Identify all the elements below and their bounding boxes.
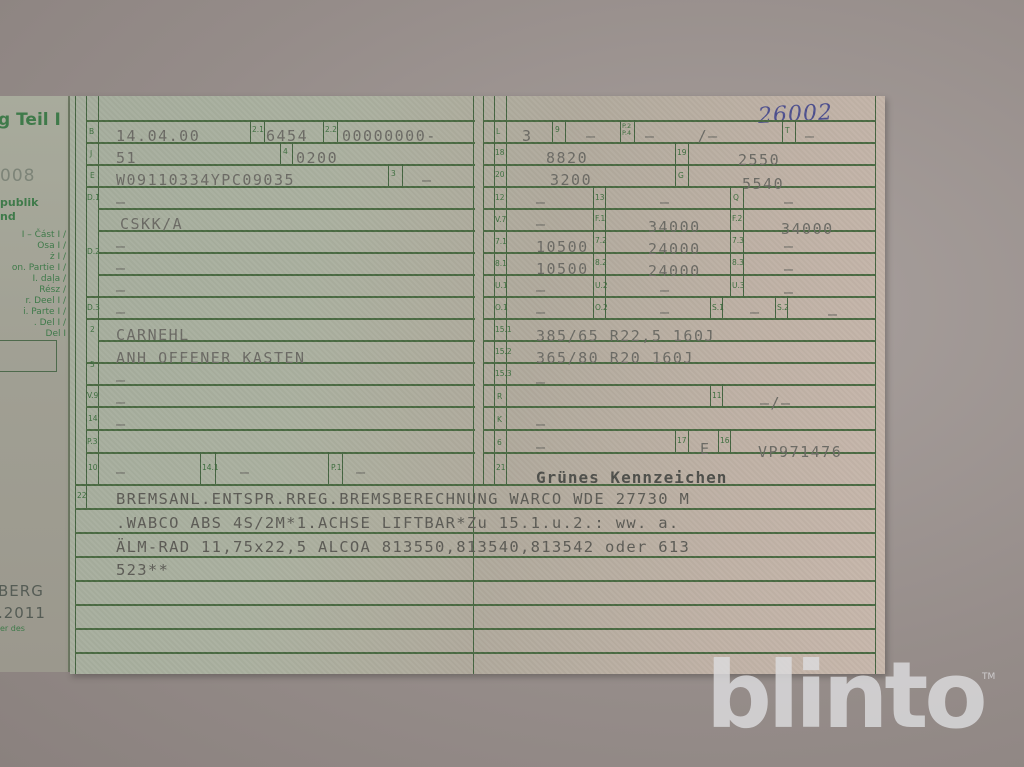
stub-country-line: nd	[0, 210, 16, 223]
field-label-14-1: 14.1	[202, 464, 219, 472]
field-vin: W09110334YPC09035	[116, 173, 295, 188]
field-colour-code: –/–	[760, 396, 792, 411]
field-body-type: 0200	[296, 151, 338, 166]
remarks-line-2: .WABCO ABS 4S/2M*1.ACHSE LIFTBAR*Zu 15.1…	[116, 516, 679, 532]
field-axle-load-reg-2: 24000	[648, 264, 701, 279]
field-noise-rpm: –	[660, 283, 671, 298]
field-label-21: 21	[496, 464, 506, 472]
field-empty-mass: 5540	[742, 177, 784, 192]
field-label-L: L	[496, 128, 500, 136]
field-label-19: 19	[677, 149, 687, 157]
field-label-14: 14	[88, 415, 98, 423]
field-label-15-2: 15.2	[495, 348, 512, 356]
stub-part: . Del I /	[34, 318, 66, 328]
field-trade-name: –	[116, 305, 127, 320]
trademark-mark: TM	[982, 672, 995, 682]
field-emission-key: –	[116, 465, 127, 480]
field-power-weight-ratio: –	[784, 195, 795, 210]
field-tyres-axle-3: –	[536, 375, 547, 390]
field-emission-class: –	[116, 395, 127, 410]
margin-line	[75, 96, 76, 674]
field-operating-permit-code: E	[700, 442, 711, 457]
blinto-watermark-logo: blinto	[706, 650, 984, 742]
field-towed-braked: –	[536, 305, 547, 320]
field-label-U1: U.1	[495, 282, 508, 290]
field-certificate-number: VP971476	[758, 445, 842, 460]
field-label-V7: V.7	[495, 216, 506, 224]
field-noise-standing: –	[536, 283, 547, 298]
registration-document: 26002 B 14.04.00 2.1	[70, 96, 885, 674]
field-manufacturer: CARNEHL	[116, 328, 190, 343]
stub-part: Osa I /	[37, 241, 66, 251]
field-length: 8820	[546, 151, 588, 166]
field-label-K: K	[497, 416, 502, 424]
field-max-permissible-mass: 34000	[648, 220, 701, 235]
right-label-column-line	[506, 96, 507, 486]
field-label-T: T	[785, 127, 790, 135]
field-type-code: 00000000-	[342, 129, 437, 144]
field-tank-volume: –	[536, 195, 547, 210]
field-check-digit: –	[422, 173, 433, 188]
field-label-J: J	[90, 150, 92, 158]
stub-box	[0, 340, 57, 372]
field-axle-load-reg-1: 10500	[536, 262, 589, 277]
stub-part: r. Deel I /	[25, 296, 66, 306]
field-label-13: 13	[595, 194, 605, 202]
field-label-V9: V.9	[87, 392, 98, 400]
stub-country-line: publik	[0, 196, 38, 209]
stub-city: BERG	[0, 582, 44, 600]
field-support-load: –	[660, 195, 671, 210]
document-stub-left: g Teil I 008 publik nd I – Část I / Osa …	[0, 96, 70, 672]
field-label-O1: O.1	[495, 304, 508, 312]
field-drive-axles: –	[586, 129, 597, 144]
field-max-speed: –	[805, 129, 816, 144]
field-label-9: 9	[555, 126, 560, 134]
field-label-3: 3	[391, 170, 396, 178]
field-vehicle-class: 51	[116, 151, 137, 166]
field-emission-key-2: –	[240, 465, 251, 480]
remarks-line-3: ÄLM-RAD 11,75x22,5 ALCOA 813550,813540,8…	[116, 540, 690, 556]
field-make: –	[116, 195, 127, 210]
field-label-10: 10	[88, 464, 98, 472]
field-permissible-mass-reg: 34000	[781, 222, 834, 237]
field-manufacturer-code: 6454	[266, 129, 308, 144]
field-label-P1: P.1	[331, 464, 342, 472]
field-label-F1: F.1	[595, 215, 605, 223]
field-label-R: R	[497, 393, 502, 401]
field-approval-date: –	[536, 440, 547, 455]
label-column-line	[98, 96, 99, 486]
stub-number: 008	[0, 166, 35, 186]
field-axle-load-reg-3: –	[784, 262, 795, 277]
field-tyres-axle-2: 365/80 R20 160J	[536, 351, 694, 366]
field-type-variant-2: –	[116, 261, 127, 276]
field-label-8-1: 8.1	[495, 260, 507, 268]
field-label-6: 6	[497, 439, 502, 447]
field-seats: –	[750, 305, 761, 320]
field-plate-type: Grünes Kennzeichen	[536, 468, 727, 487]
stub-title: g Teil I	[0, 110, 61, 130]
field-height: 3200	[550, 173, 592, 188]
field-axle-load-3: –	[784, 239, 795, 254]
field-vehicle-type-desc: ANH OFFENER KASTEN	[116, 351, 306, 366]
stub-part: Del I	[46, 329, 66, 339]
field-type-variant-3: –	[116, 283, 127, 298]
field-co2: –	[536, 217, 547, 232]
field-label-2: 2	[90, 326, 95, 334]
center-spine-line	[483, 96, 484, 486]
field-label-15-3: 15.3	[495, 370, 512, 378]
field-axle-load-1: 10500	[536, 240, 589, 255]
field-axle-load-2: 24000	[648, 242, 701, 257]
field-label-18: 18	[495, 149, 505, 157]
field-displacement: –	[356, 465, 367, 480]
stub-part: Rész /	[39, 285, 66, 295]
field-label-17: 17	[677, 437, 687, 445]
field-label-20: 20	[495, 171, 505, 179]
field-axles: 3	[522, 129, 533, 144]
stub-part: i. Parte I /	[23, 307, 66, 317]
field-label-2-2: 2.2	[325, 126, 337, 134]
field-label-F2: F.2	[732, 215, 742, 223]
remarks-line-4: 523**	[116, 563, 169, 579]
stub-date: .2011	[0, 604, 46, 622]
field-label-12: 12	[495, 194, 505, 202]
field-tyres-axle-1: 385/65 R22,5 160J	[536, 329, 715, 344]
field-vehicle-type-desc-2: –	[116, 373, 127, 388]
field-label-2-1: 2.1	[252, 126, 264, 134]
field-label-Q: Q	[733, 194, 739, 202]
field-label-E: E	[90, 172, 95, 180]
field-label-15-1: 15.1	[495, 326, 512, 334]
field-label-11: 11	[712, 392, 722, 400]
field-label-4: 4	[283, 148, 288, 156]
field-label-D3: D.3	[87, 304, 100, 312]
field-emission-code: –	[116, 417, 127, 432]
field-label-B: B	[89, 128, 94, 136]
field-label-P2P4: P.2 P.4	[622, 123, 631, 136]
field-label-P3: P.3	[87, 438, 98, 446]
field-type-variant: –	[116, 239, 127, 254]
field-label-22: 22	[77, 492, 87, 500]
remarks-line-1: BREMSANL.ENTSPR.RREG.BREMSBERECHNUNG WAR…	[116, 492, 690, 508]
stub-part: I. daļa /	[32, 274, 66, 284]
field-label-D1: D.1	[87, 194, 100, 202]
field-noise-driving: –	[784, 285, 795, 300]
field-towed-unbraked: –	[660, 305, 671, 320]
stub-part: I – Část I /	[22, 230, 66, 240]
right-edge-line	[875, 96, 876, 674]
field-make-line2: CSKK/A	[120, 217, 183, 232]
field-width: 2550	[738, 153, 780, 168]
field-first-registration-date: 14.04.00	[116, 129, 200, 144]
field-type-approval-no: –	[536, 417, 547, 432]
field-standing-places: –	[828, 307, 839, 322]
field-label-G: G	[678, 172, 684, 180]
stub-tiny-text: er des	[0, 624, 25, 633]
field-power-rpm: – /–	[645, 129, 719, 144]
field-label-7-1: 7.1	[495, 238, 507, 246]
field-label-16: 16	[720, 437, 730, 445]
stub-part: on. Partie I /	[12, 263, 66, 273]
field-label-D2: D.2	[87, 248, 100, 256]
field-label-5: 5	[90, 361, 95, 369]
stub-part: ż I /	[50, 252, 66, 262]
